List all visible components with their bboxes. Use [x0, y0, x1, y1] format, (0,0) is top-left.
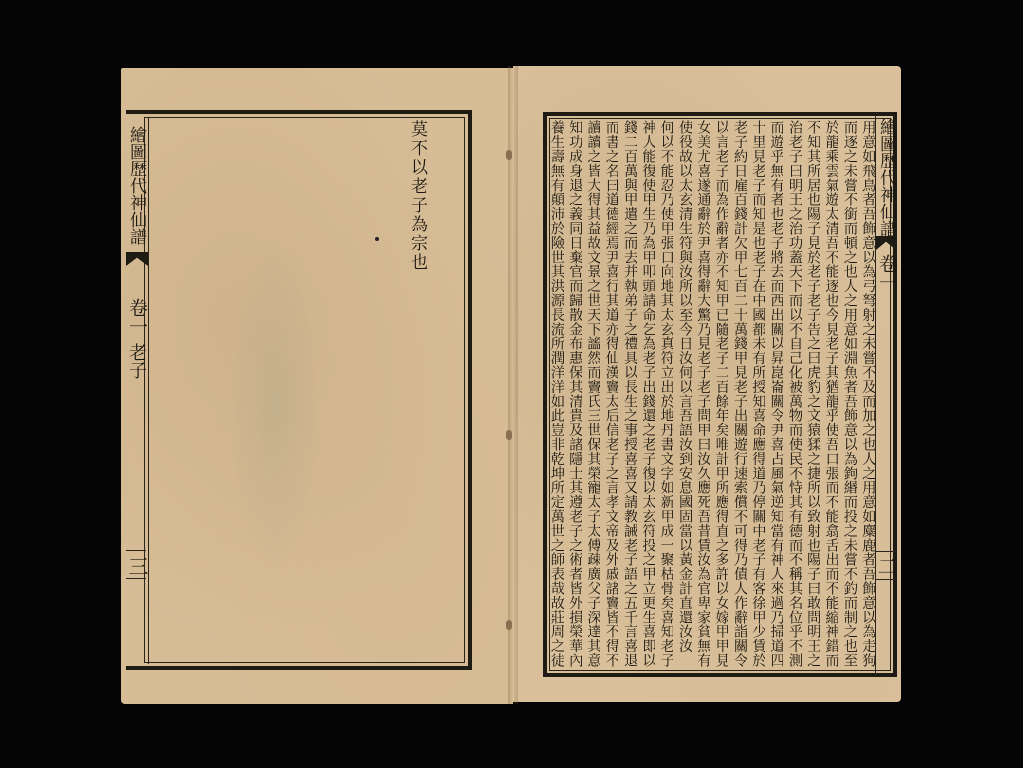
- folio-rule: [876, 551, 896, 552]
- chapter-label: 老子: [127, 343, 145, 379]
- binding-stitch: [506, 150, 512, 160]
- book-title: 繪圖歷代神仙譜: [127, 126, 144, 245]
- text-column: 於龍乘雲氣遊太清吾不能逐也今見老子其猶龍乎使吾口張而不能翕舌出而不能縮神錯而: [824, 120, 839, 672]
- text-column: 知功成身退之義同日棄官而歸散金布惠保其清貴及諸隱士其遵老子之術者皆外損榮華內: [567, 120, 582, 672]
- left-page-banner: 繪圖歷代神仙譜 卷一 老子 三: [126, 118, 149, 664]
- volume-label: 卷一: [127, 298, 146, 336]
- text-column: 錢二百萬與甲遣之而去并執弟子之禮具以長生之事授喜喜又請教誡老子語之五千言喜退: [622, 120, 637, 672]
- text-column: 莫不以老子為宗也: [408, 120, 425, 272]
- text-column: 而書之名曰道德經焉尹喜行其道亦得仙漢竇太后信老子之言孝文帝及外戚諸竇皆不得不: [604, 120, 619, 672]
- text-column: 養生壽無有顛沛於險世其洪源長流所潤洋洋如此豈非乾坤所定萬世之師表哉故莊周之徒: [549, 120, 564, 672]
- folio-rule: [126, 578, 146, 579]
- fishtail-mark: [876, 236, 896, 250]
- text-column: 而逐之未嘗不銜而頓之也人之用意如淵魚者吾飾意以為鉤緡而投之未嘗不釣而制之也至: [842, 120, 857, 672]
- text-column: 不知其所居也陽子見於老子老子告之曰虎豹之文猿猱之捷所以致射也陽子曰敢問明王之: [805, 120, 820, 672]
- right-page-banner: 繪圖歷代神仙譜 卷一 二: [875, 116, 896, 673]
- text-column: 老子約日雇百錢計欠甲七百二十萬錢甲見老子出關遊行速索償不可得乃債人作辭詣關令: [732, 120, 747, 672]
- text-column: 用意如飛鳥者吾飾意以為弓弩射之未嘗不及而加之也人之用意如麋鹿者吾飾意以為走狗: [860, 120, 875, 672]
- volume-label: 卷一: [877, 254, 896, 292]
- text-column: 女美尤喜遂通辭於尹喜得辭大驚乃見老子老子問甲曰汝久應死吾昔賃汝為官卑家貧無有: [696, 120, 711, 672]
- book-title: 繪圖歷代神仙譜: [877, 118, 894, 237]
- text-column: 以言老子而為作辭者亦不知甲已隨老子二百餘年矣唯計甲所應得直之多許以女嫁甲甲見: [714, 120, 729, 672]
- binding-stitch: [506, 620, 512, 630]
- folio-rule: [876, 579, 896, 580]
- folio-number: 三: [127, 556, 147, 576]
- binding-stitch: [506, 430, 512, 440]
- text-column: 而遊乎無有者也老子將去而西出關以昇崑崙關令尹喜占風氣逆知當有神人來過乃掃道四: [769, 120, 784, 672]
- text-column: 何以不能忍乃使甲張口向地其太玄真符立出於地丹書文字如新甲成一聚枯骨矣喜知老子: [659, 120, 674, 672]
- text-column: 十里見老子而知是也老子在中國都未有所授知喜命應得道乃停關中老子有客徐甲少賃於: [750, 120, 765, 672]
- text-column: 治老子曰明王之治功蓋天下而以不自己化被萬物而使民不恃其有德而不稱其名位乎不測: [787, 120, 802, 672]
- folio-rule: [126, 550, 146, 551]
- text-column: 使役故以太玄清生符與汝所以至今日汝何以言吾語汝到安息國固當以黃金計直還汝汝: [677, 120, 692, 672]
- fishtail-mark: [126, 252, 148, 266]
- book-gutter: [508, 66, 518, 704]
- folio-number: 二: [876, 556, 896, 576]
- text-column: 讀讀之皆大得其益故文景之世天下謐然而竇氏三世保其榮寵太子太傅疎廣父子深達其意: [586, 120, 601, 672]
- main-text-block: 用意如飛鳥者吾飾意以為弓弩射之未嘗不及而加之也人之用意如麋鹿者吾飾意以為走狗 而…: [549, 120, 875, 672]
- text-column: 神人能復使甲生乃為甲叩頭請命乞為老子出錢還之老子復以太玄符投之甲立更生喜即以: [641, 120, 656, 672]
